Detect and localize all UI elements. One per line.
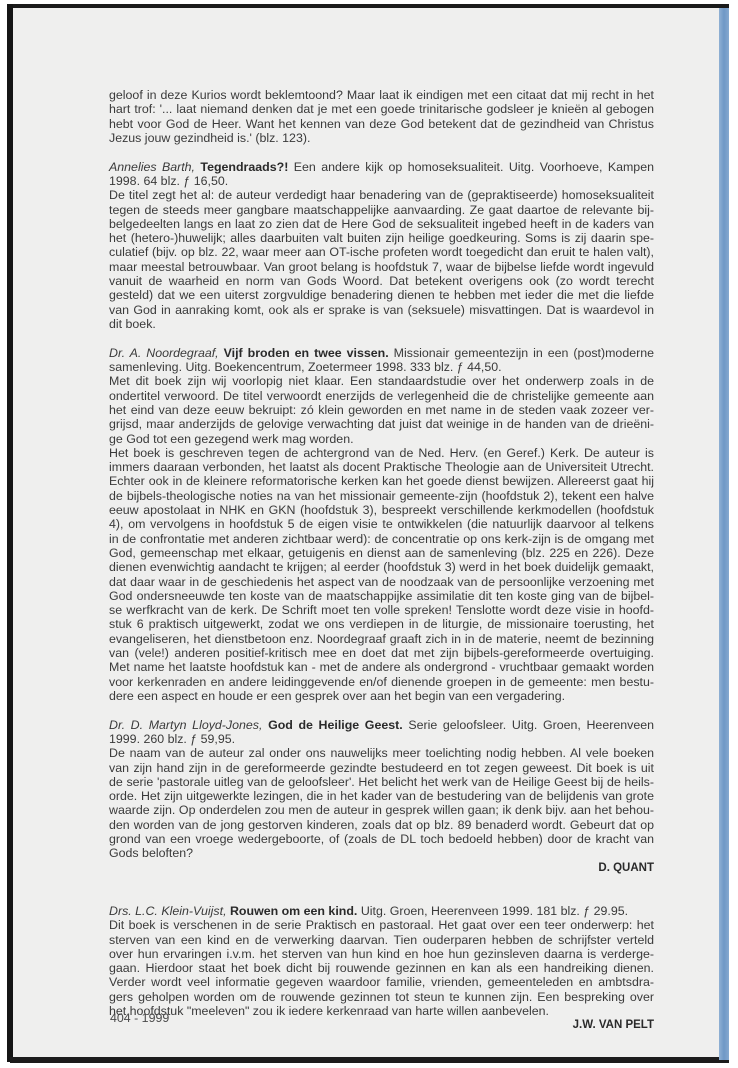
reviewer-signature: J.W. VAN PELT (109, 1018, 654, 1032)
review-subtitle: Uitg. Groen, Heerenveen 1999. 181 blz. ƒ… (361, 904, 628, 918)
text-line: eeuw apostolaat in NHK en GKN (hoofdstuk… (109, 503, 654, 517)
text-line: in de confrontatie met anderen zichtbaar… (109, 532, 654, 546)
text-line: van God in aanraking komt, ook als er sp… (109, 303, 654, 317)
review-author: Dr. D. Martyn Lloyd-Jones, (109, 718, 262, 732)
text-line: De naam van de auteur zal onder ons nauw… (109, 746, 654, 760)
review-klein-vuijst: Drs. L.C. Klein-Vuijst, Rouwen om een ki… (109, 904, 654, 1033)
text-line: evangeliseren, het dienstbetoon enz. Noo… (109, 632, 654, 646)
review-subtitle: Een andere kijk op homoseksualiteit. Uit… (294, 160, 654, 174)
text-line: Gods beloften? (109, 846, 654, 860)
review-header: Dr. A. Noordegraaf, Vijf broden en twee … (109, 346, 654, 360)
text-line: Verder wordt veel informatie gegeven waa… (109, 975, 654, 989)
review-author: Dr. A. Noordegraaf, (109, 346, 219, 360)
review-subtitle: Missionair gemeentezijn in een (post)mod… (394, 346, 654, 360)
text-line: gesteld) dat we een uiterst zorgvuldige … (109, 288, 654, 302)
text-line: van zijn hand zijn in de gereformeerde g… (109, 761, 654, 775)
text-line: den worden van de jong gestorven kindere… (109, 818, 654, 832)
text-line: se werfkracht van de kerk. De Schrift mo… (109, 603, 654, 617)
text-line: hart trof: '... laat niemand denken dat … (109, 102, 654, 116)
paragraph-gap (109, 875, 654, 890)
review-barth: Annelies Barth, Tegendraads?! Een andere… (109, 160, 654, 332)
text-line: vanuit de waarheid en norm van Gods Woor… (109, 274, 654, 288)
text-line: immers daaraan verbonden, het laatst als… (109, 460, 654, 474)
text-line: Dit boek is verschenen in de serie Prakt… (109, 918, 654, 932)
text-line: Echter ook in de kleinere reformatorisch… (109, 474, 654, 488)
review-noordegraaf: Dr. A. Noordegraaf, Vijf broden en twee … (109, 346, 654, 703)
review-lloyd-jones: Dr. D. Martyn Lloyd-Jones, God de Heilig… (109, 718, 654, 875)
text-line: maar meestal betrouwbaar. Van groot bela… (109, 260, 654, 274)
text-line: Het boek is geschreven tegen de achtergr… (109, 446, 654, 460)
text-line: geloof in deze Kurios wordt beklemtoond?… (109, 88, 654, 102)
text-line: Met name het laatste hoofdstuk kan - met… (109, 660, 654, 674)
text-line: ge God tot een gezegend werk mag worden. (109, 432, 654, 446)
text-line: hebt voor God de Heer. Want het kennen v… (109, 117, 654, 131)
page-number: 404 - 1999 (110, 1011, 169, 1025)
text-line: God ondersneeuwde ten koste van de maats… (109, 589, 654, 603)
text-line: grijsd, maar anderzijds de gelovige verw… (109, 417, 654, 431)
review-title: Rouwen om een kind. (230, 904, 357, 918)
text-line: dienen evenwichtig aandacht te krijgen; … (109, 560, 654, 574)
text-line: over hun ervaringen i.v.m. het sterven v… (109, 947, 654, 961)
scan-border-left (7, 4, 13, 1062)
review-publication-info: 1998. 64 blz. ƒ 16,50. (109, 174, 654, 188)
review-author: Annelies Barth, (109, 160, 195, 174)
text-line: De titel zegt het al: de auteur verdedig… (109, 188, 654, 202)
text-line: sterven van een kind en de verwerking da… (109, 933, 654, 947)
intro-paragraph: geloof in deze Kurios wordt beklemtoond?… (109, 88, 654, 145)
text-line: Met dit boek zijn wij voorlopig niet kla… (109, 374, 654, 388)
paragraph-gap (109, 145, 654, 160)
text-line: God, gemeenschap met elkaar, getuigenis … (109, 546, 654, 560)
text-line: van (vele!) anderen positief-kritisch me… (109, 646, 654, 660)
text-line: grond van een vroege wedergeboorte, of (… (109, 832, 654, 846)
review-header: Drs. L.C. Klein-Vuijst, Rouwen om een ki… (109, 904, 654, 918)
review-title: Vijf broden en twee vissen. (224, 346, 389, 360)
text-line: Jezus jouw gezindheid is.' (blz. 123). (109, 131, 654, 145)
text-line: het eind van deze eeuw bekruipt: zó klei… (109, 403, 654, 417)
paragraph-gap (109, 331, 654, 346)
text-line: dit boek. (109, 317, 654, 331)
text-line: waarde zijn. Op onderdelen zou men de au… (109, 803, 654, 817)
paragraph-gap (109, 889, 654, 904)
text-line: gers geholpen worden om de rouwende gezi… (109, 990, 654, 1004)
scan-border-bottom (10, 1057, 730, 1063)
paragraph-gap (109, 703, 654, 718)
text-line: tegen de steeds meer gangbare maatschapp… (109, 203, 654, 217)
text-line: de bijbels-theologische noties na van he… (109, 489, 654, 503)
text-line: dat daar waar in de geschiedenis het asp… (109, 575, 654, 589)
reviewer-signature: D. QUANT (109, 861, 654, 875)
review-title: God de Heilige Geest. (268, 718, 403, 732)
text-line: de serie 'pastorale uitleg van de geloof… (109, 775, 654, 789)
review-subtitle: Serie geloofsleer. Uitg. Groen, Heerenve… (408, 718, 654, 732)
text-line: gaan. Hierdoor staat het boek dicht bij … (109, 961, 654, 975)
scan-border-top (10, 4, 730, 8)
text-line: voor kerkenraden en andere leidinggevend… (109, 675, 654, 689)
text-line: het (hetero-)huwelijk; alles daarbuiten … (109, 231, 654, 245)
text-line: culatief (bijv. op blz. 22, waar meer aa… (109, 245, 654, 259)
review-author: Drs. L.C. Klein-Vuijst, (109, 904, 227, 918)
text-line: stuk 6 praktisch uitgewerkt, zodat we on… (109, 617, 654, 631)
text-line: het hoofdstuk "meeleven" zou ik iedere k… (109, 1004, 654, 1018)
text-line: orde. Het zijn uitgewerkte lezingen, die… (109, 789, 654, 803)
book-spine-edge (719, 8, 729, 1060)
review-title: Tegendraads?! (200, 160, 288, 174)
page-content: geloof in deze Kurios wordt beklemtoond?… (109, 88, 654, 1033)
text-line: ondertitel verwoord. De titel verwoordt … (109, 389, 654, 403)
review-publication-info: 1999. 260 blz. ƒ 59,95. (109, 732, 654, 746)
review-header: Dr. D. Martyn Lloyd-Jones, God de Heilig… (109, 718, 654, 732)
text-line: dere een aspect en houde er een gesprek … (109, 689, 654, 703)
text-line: belgedeelten langs en laat zo zien dat d… (109, 217, 654, 231)
scan-margin-right (729, 0, 738, 1068)
text-line: 4), om vervolgens in hoofdstuk 5 de eige… (109, 517, 654, 531)
review-header: Annelies Barth, Tegendraads?! Een andere… (109, 160, 654, 174)
review-publication-info: samenleving. Uitg. Boekencentrum, Zoeter… (109, 360, 654, 374)
